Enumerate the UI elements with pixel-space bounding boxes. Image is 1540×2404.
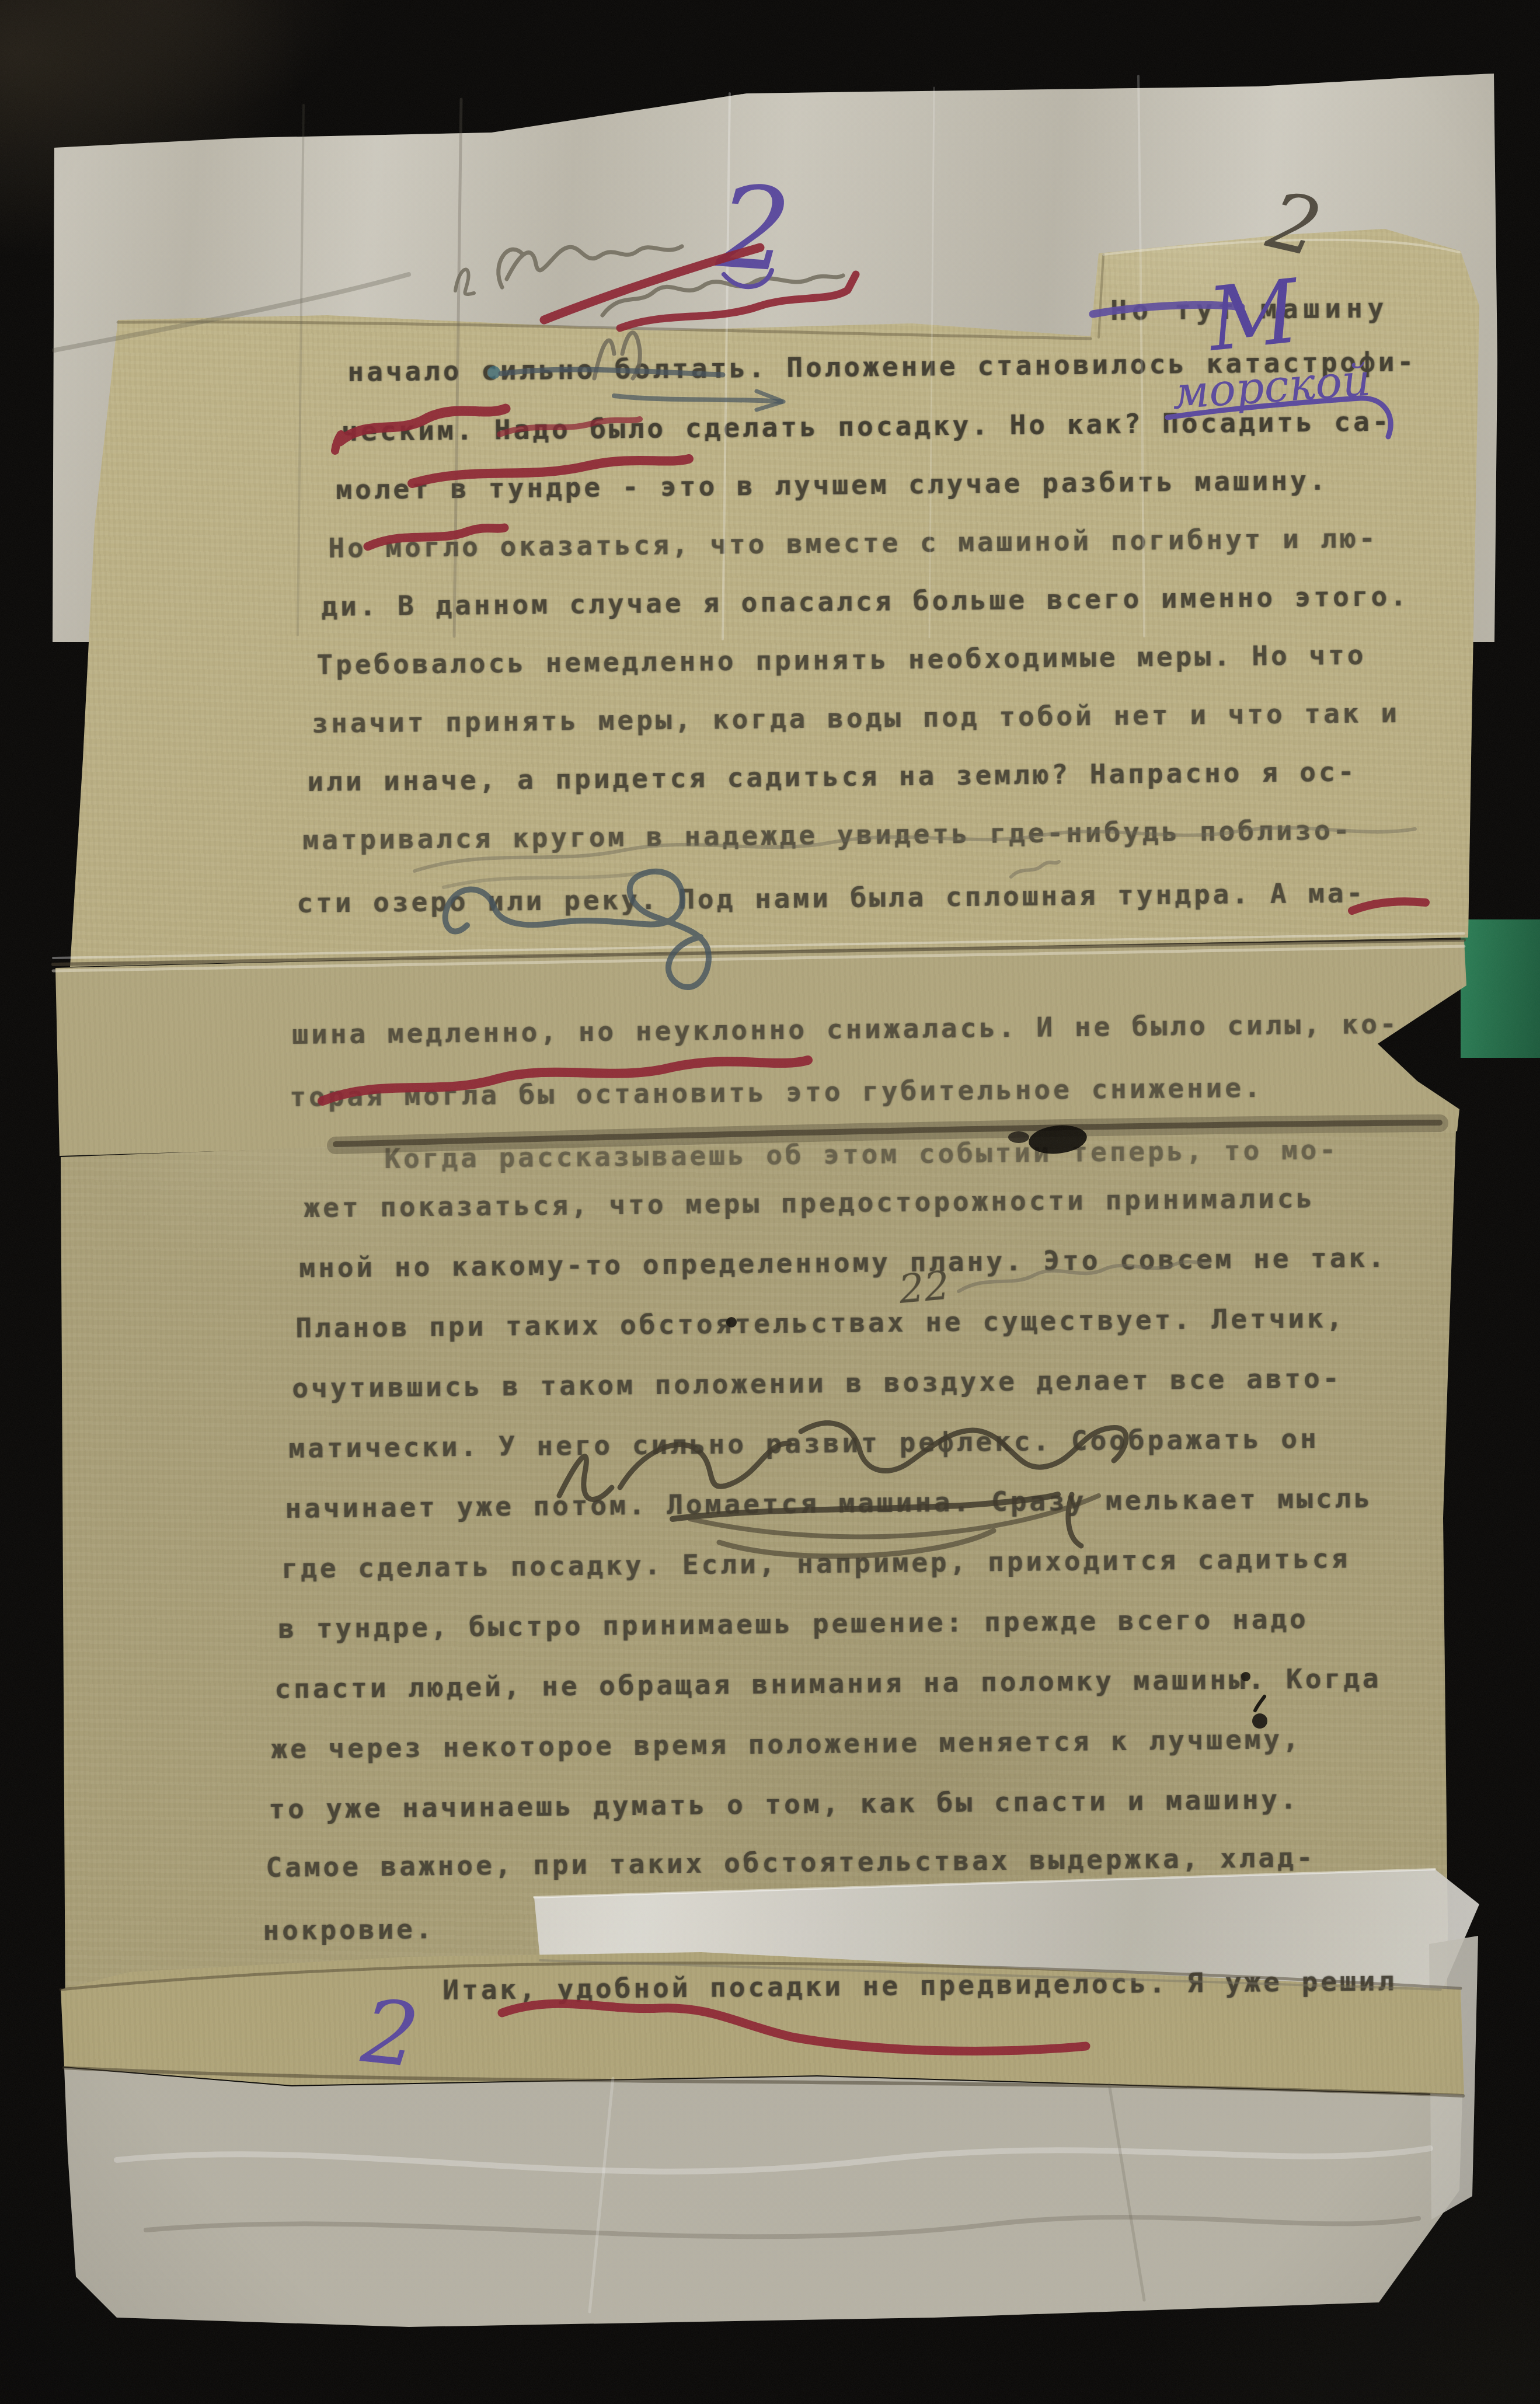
blue-strikethrough: [501, 370, 723, 375]
handwritten-morskoy: морской: [1170, 353, 1372, 419]
red-underline: [340, 409, 506, 441]
ink-blots: [726, 1317, 1267, 1729]
dark-ink-scribbles: 22: [559, 1263, 1126, 1556]
pencil-note: [959, 1262, 1210, 1291]
handwritten-insert-2: 2: [357, 1981, 423, 2088]
ink-scribble: [620, 1443, 789, 1487]
red-underline-long: [502, 2004, 1086, 2051]
blue-lasso-around-word: [445, 872, 709, 987]
red-underline: [412, 459, 689, 483]
pencil-scribble-word: [507, 246, 682, 279]
ink-scribble: [801, 1423, 1126, 1471]
ink-scribble: [690, 1496, 1099, 1537]
red-underline: [368, 528, 504, 546]
page-number-pencil: 2: [1259, 174, 1329, 275]
handwritten-22: 22: [897, 1263, 952, 1313]
ink-strikethrough: [673, 1494, 1058, 1519]
red-underline-thin: [500, 419, 640, 434]
red-underline-long: [322, 1060, 808, 1101]
scanned-manuscript-page: Но тут машинуначало сильно болтать. Поло…: [0, 0, 1540, 2404]
handwritten-annotations-layer: 22 2 М морской 2 2: [0, 0, 1540, 2404]
red-mark: [1352, 901, 1426, 911]
blue-dot: [487, 366, 500, 379]
pencil-interlinear-scribble: [414, 828, 1415, 871]
pencil-small-word: [1011, 862, 1059, 877]
ink-scribble: [559, 1457, 612, 1500]
pencil-interlinear-scribble: [444, 871, 654, 887]
handwritten-capital-m: М: [1202, 260, 1305, 371]
blue-strikethrough: [614, 396, 781, 402]
red-underline-tail: [335, 434, 341, 451]
